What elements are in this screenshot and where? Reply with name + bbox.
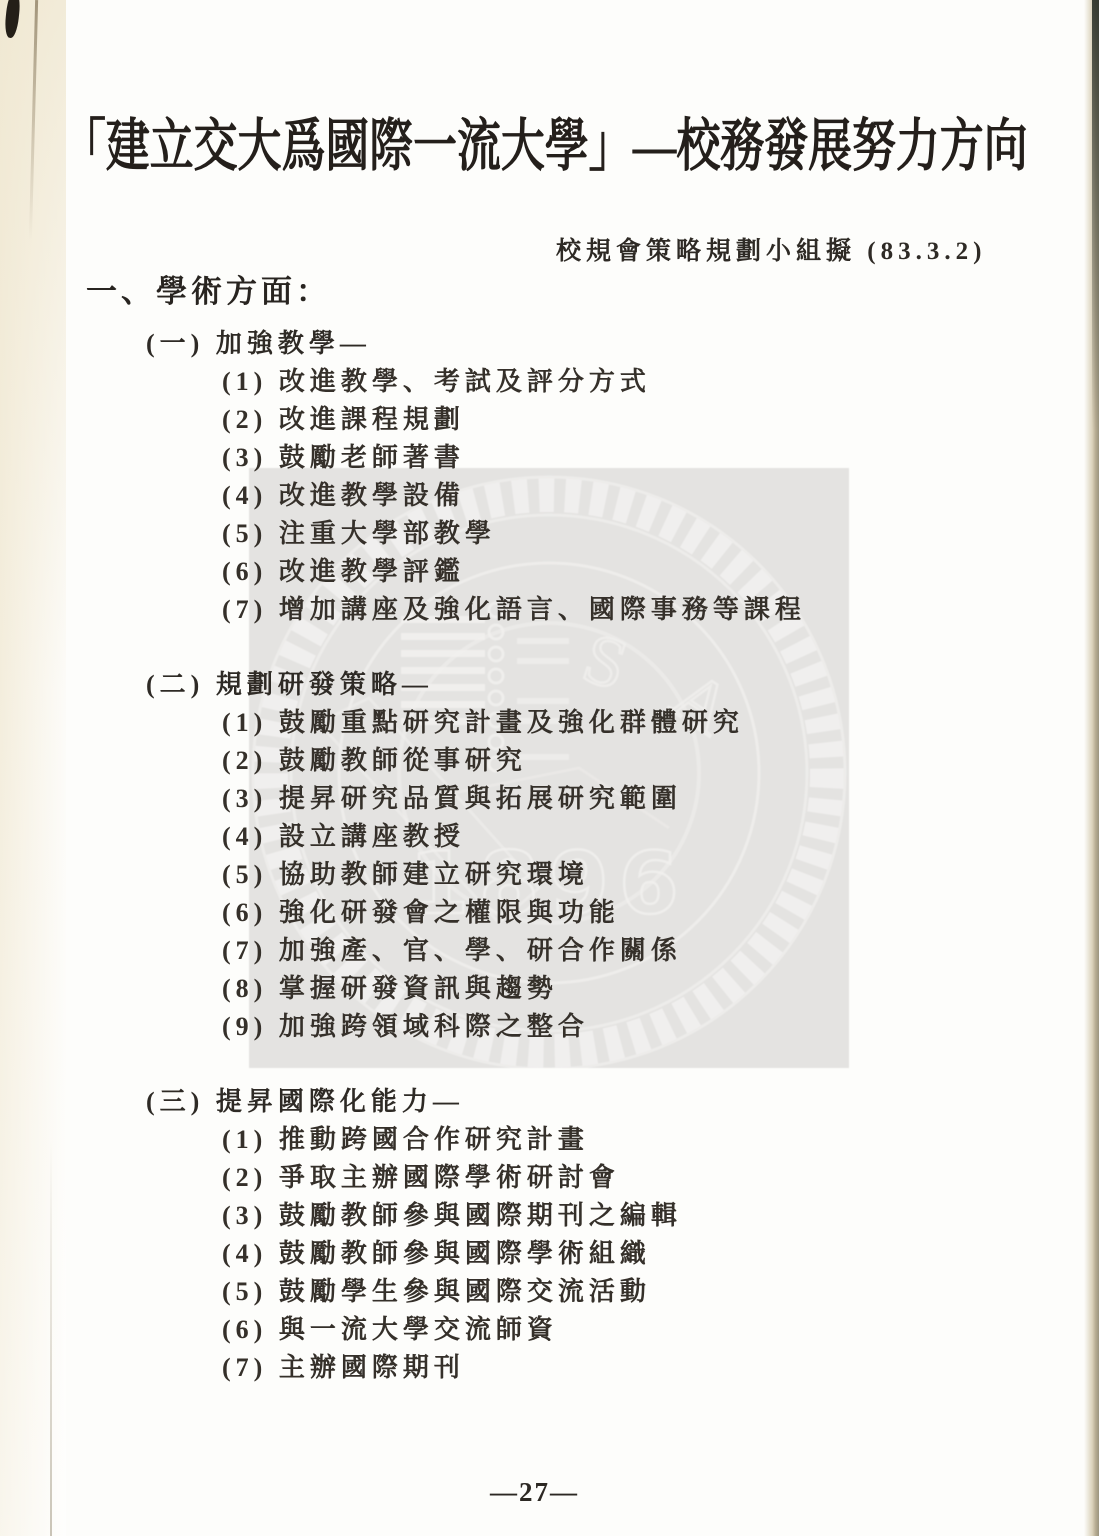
list-item: (2) 爭取主辦國際學術研討會 <box>0 1159 1099 1197</box>
list-item: (2) 鼓勵教師從事研究 <box>0 742 1099 780</box>
list-item: (4) 改進教學設備 <box>0 477 1099 515</box>
page-number: —27— <box>490 1477 579 1508</box>
list-item: (6) 改進教學評鑑 <box>0 553 1099 591</box>
list-item: (1) 推動跨國合作研究計畫 <box>0 1121 1099 1159</box>
subsection-heading: (二) 規劃研發策略— <box>0 665 1099 704</box>
list-item: (4) 設立講座教授 <box>0 818 1099 856</box>
list-item: (6) 強化研發會之權限與功能 <box>0 894 1099 932</box>
section-heading-academic: 一、學術方面： <box>86 266 331 311</box>
list-item: (9) 加強跨領域科際之整合 <box>0 1008 1099 1046</box>
list-item: (5) 鼓勵學生參與國際交流活動 <box>0 1273 1099 1311</box>
subsection-research: (二) 規劃研發策略— (1) 鼓勵重點研究計畫及強化群體研究 (2) 鼓勵教師… <box>0 665 1099 1046</box>
outline-list: (一) 加強教學— (1) 改進教學、考試及評分方式 (2) 改進課程規劃 (3… <box>0 324 1099 1387</box>
subsection-heading: (一) 加強教學— <box>0 324 1099 363</box>
list-item: (8) 掌握研發資訊與趨勢 <box>0 970 1099 1008</box>
subsection-heading: (三) 提昇國際化能力— <box>0 1082 1099 1121</box>
subsection-internationalization: (三) 提昇國際化能力— (1) 推動跨國合作研究計畫 (2) 爭取主辦國際學術… <box>0 1082 1099 1387</box>
list-item: (1) 改進教學、考試及評分方式 <box>0 363 1099 401</box>
subsection-teaching: (一) 加強教學— (1) 改進教學、考試及評分方式 (2) 改進課程規劃 (3… <box>0 324 1099 629</box>
list-item: (6) 與一流大學交流師資 <box>0 1311 1099 1349</box>
list-item: (5) 協助教師建立研究環境 <box>0 856 1099 894</box>
list-item: (3) 鼓勵老師著書 <box>0 439 1099 477</box>
list-item: (3) 鼓勵教師參與國際期刊之編輯 <box>0 1197 1099 1235</box>
list-item: (2) 改進課程規劃 <box>0 401 1099 439</box>
list-item: (5) 注重大學部教學 <box>0 515 1099 553</box>
list-item: (1) 鼓勵重點研究計畫及強化群體研究 <box>0 704 1099 742</box>
list-item: (7) 增加講座及強化語言、國際事務等課程 <box>0 591 1099 629</box>
list-item: (3) 提昇研究品質與拓展研究範圍 <box>0 780 1099 818</box>
document-byline: 校規會策略規劃小組擬 (83.3.2) <box>556 231 986 267</box>
document-title: 「建立交大爲國際一流大學」—校務發展努力方向 <box>62 100 1028 182</box>
list-item: (7) 主辦國際期刊 <box>0 1349 1099 1387</box>
scanned-document-page: { "doc": { "title": "「建立交大爲國際一流大學」—校務發展努… <box>0 0 1099 1536</box>
list-item: (4) 鼓勵教師參與國際學術組織 <box>0 1235 1099 1273</box>
list-item: (7) 加強產、官、學、研合作關係 <box>0 932 1099 970</box>
